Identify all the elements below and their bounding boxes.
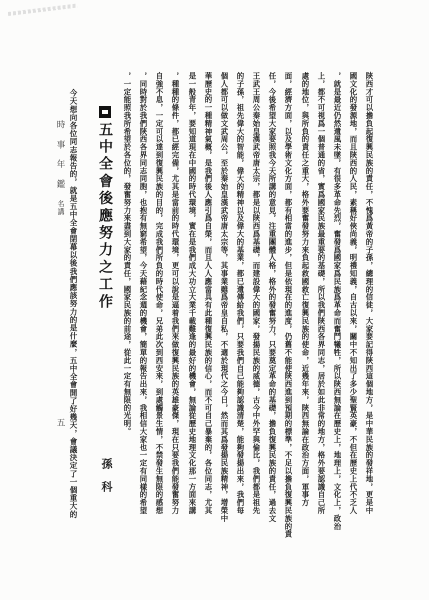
text-column: ，一定能照我所希望於各位的，發奮努力來盡到大家的責任，國家民族的前途，從此一定有… [122,72,132,435]
text-column: 是一般青年，要知道現在中國的時代環境，實在是我們成大功立大業千載難逢的最好的機會… [187,72,197,514]
page-number: 五 [55,418,65,427]
text-column: 陝西才可以擔負起復興民族的責任，不愧爲黃帝的子孫，總理的信徒，大家要記得陝西這個… [364,72,374,514]
text-column: 面，經濟方面，以及學術文化方面，都有相當的進步，但是依現在的進度，仍舊不能使陝西… [283,72,293,538]
text-column: 自強不息，一定可以達到復興民族的目的，完成我們所負的時代使命，兄弟此次到西安來，… [154,72,164,514]
article-title: 五中全會後應努力之工作 [97,122,113,311]
text-column: 上，都不可視爲一個普通的省，實爲國家民族最重要的基礎，所以我們陝西各界同志，居於… [316,72,326,514]
text-column: 國文化的發源地，而且陝西的人民，素稱好俠尚義，明禮知義，自古以來，關中不知出了多… [348,72,358,514]
scanned-page: 陝西才可以擔負起復興民族的責任，不愧爲黃帝的子孫，總理的信徒，大家要記得陝西這個… [0,0,429,600]
text-column: 王武王周公秦始皇漢武帝唐太宗，都是以陝西爲基礎，而建設偉大的國家，發揚民族的威德… [251,72,261,514]
text-column: ，就是最近仍然遺風未墜，有很多革命先烈，奮發爲國家爲民族爲革命而奮鬥犧牲，所以陝… [332,72,342,530]
boxed-square-icon [99,106,111,118]
text-column: ，同時對於我們陝西各界同志同胞，也抱有無窮希望，今天藉紀念週的機會，簡單的報告出… [138,72,148,514]
text-column: 個人都可以做文武周公，至於秦始皇漢武帝唐太宗等，其事業雖爲帝皇自私，不適於現代之… [219,72,229,522]
text-column: 任，今後希望大家要照我今天所講的意見，注重團體人格，格外的發奮努力，只要奠定革命… [267,72,277,522]
library-watermark [8,3,78,16]
text-column: 的子孫，祖先偉大的智能，偉大的精神以及偉大的基業，都已遺傳給我們，只要我們自己能… [235,72,245,514]
article-author: 孫科 [100,458,112,504]
text-column: 處的地位，與所負的責任之重大，格外要奮發努力來負起救國救亡復興民族的使命，近幾年… [300,72,310,507]
running-header-publication: 時事年鑑 [55,120,65,199]
text-column: 今天想向各位同志報告的，就是五中全會閉幕以後我們應該努力的是什麼，五中全會開了好… [68,89,78,518]
text-column: 華歷史的一種精神氣概，是我們後人應引爲自榮，而且人人應當具有此種復興民族的信心，… [203,72,213,514]
running-header-section: 名講 [56,200,64,216]
text-column: ，種種的條件，都已經完備，尤其是當前的時代環境，更可以說是逼着我們來做復興民族的… [170,72,180,514]
